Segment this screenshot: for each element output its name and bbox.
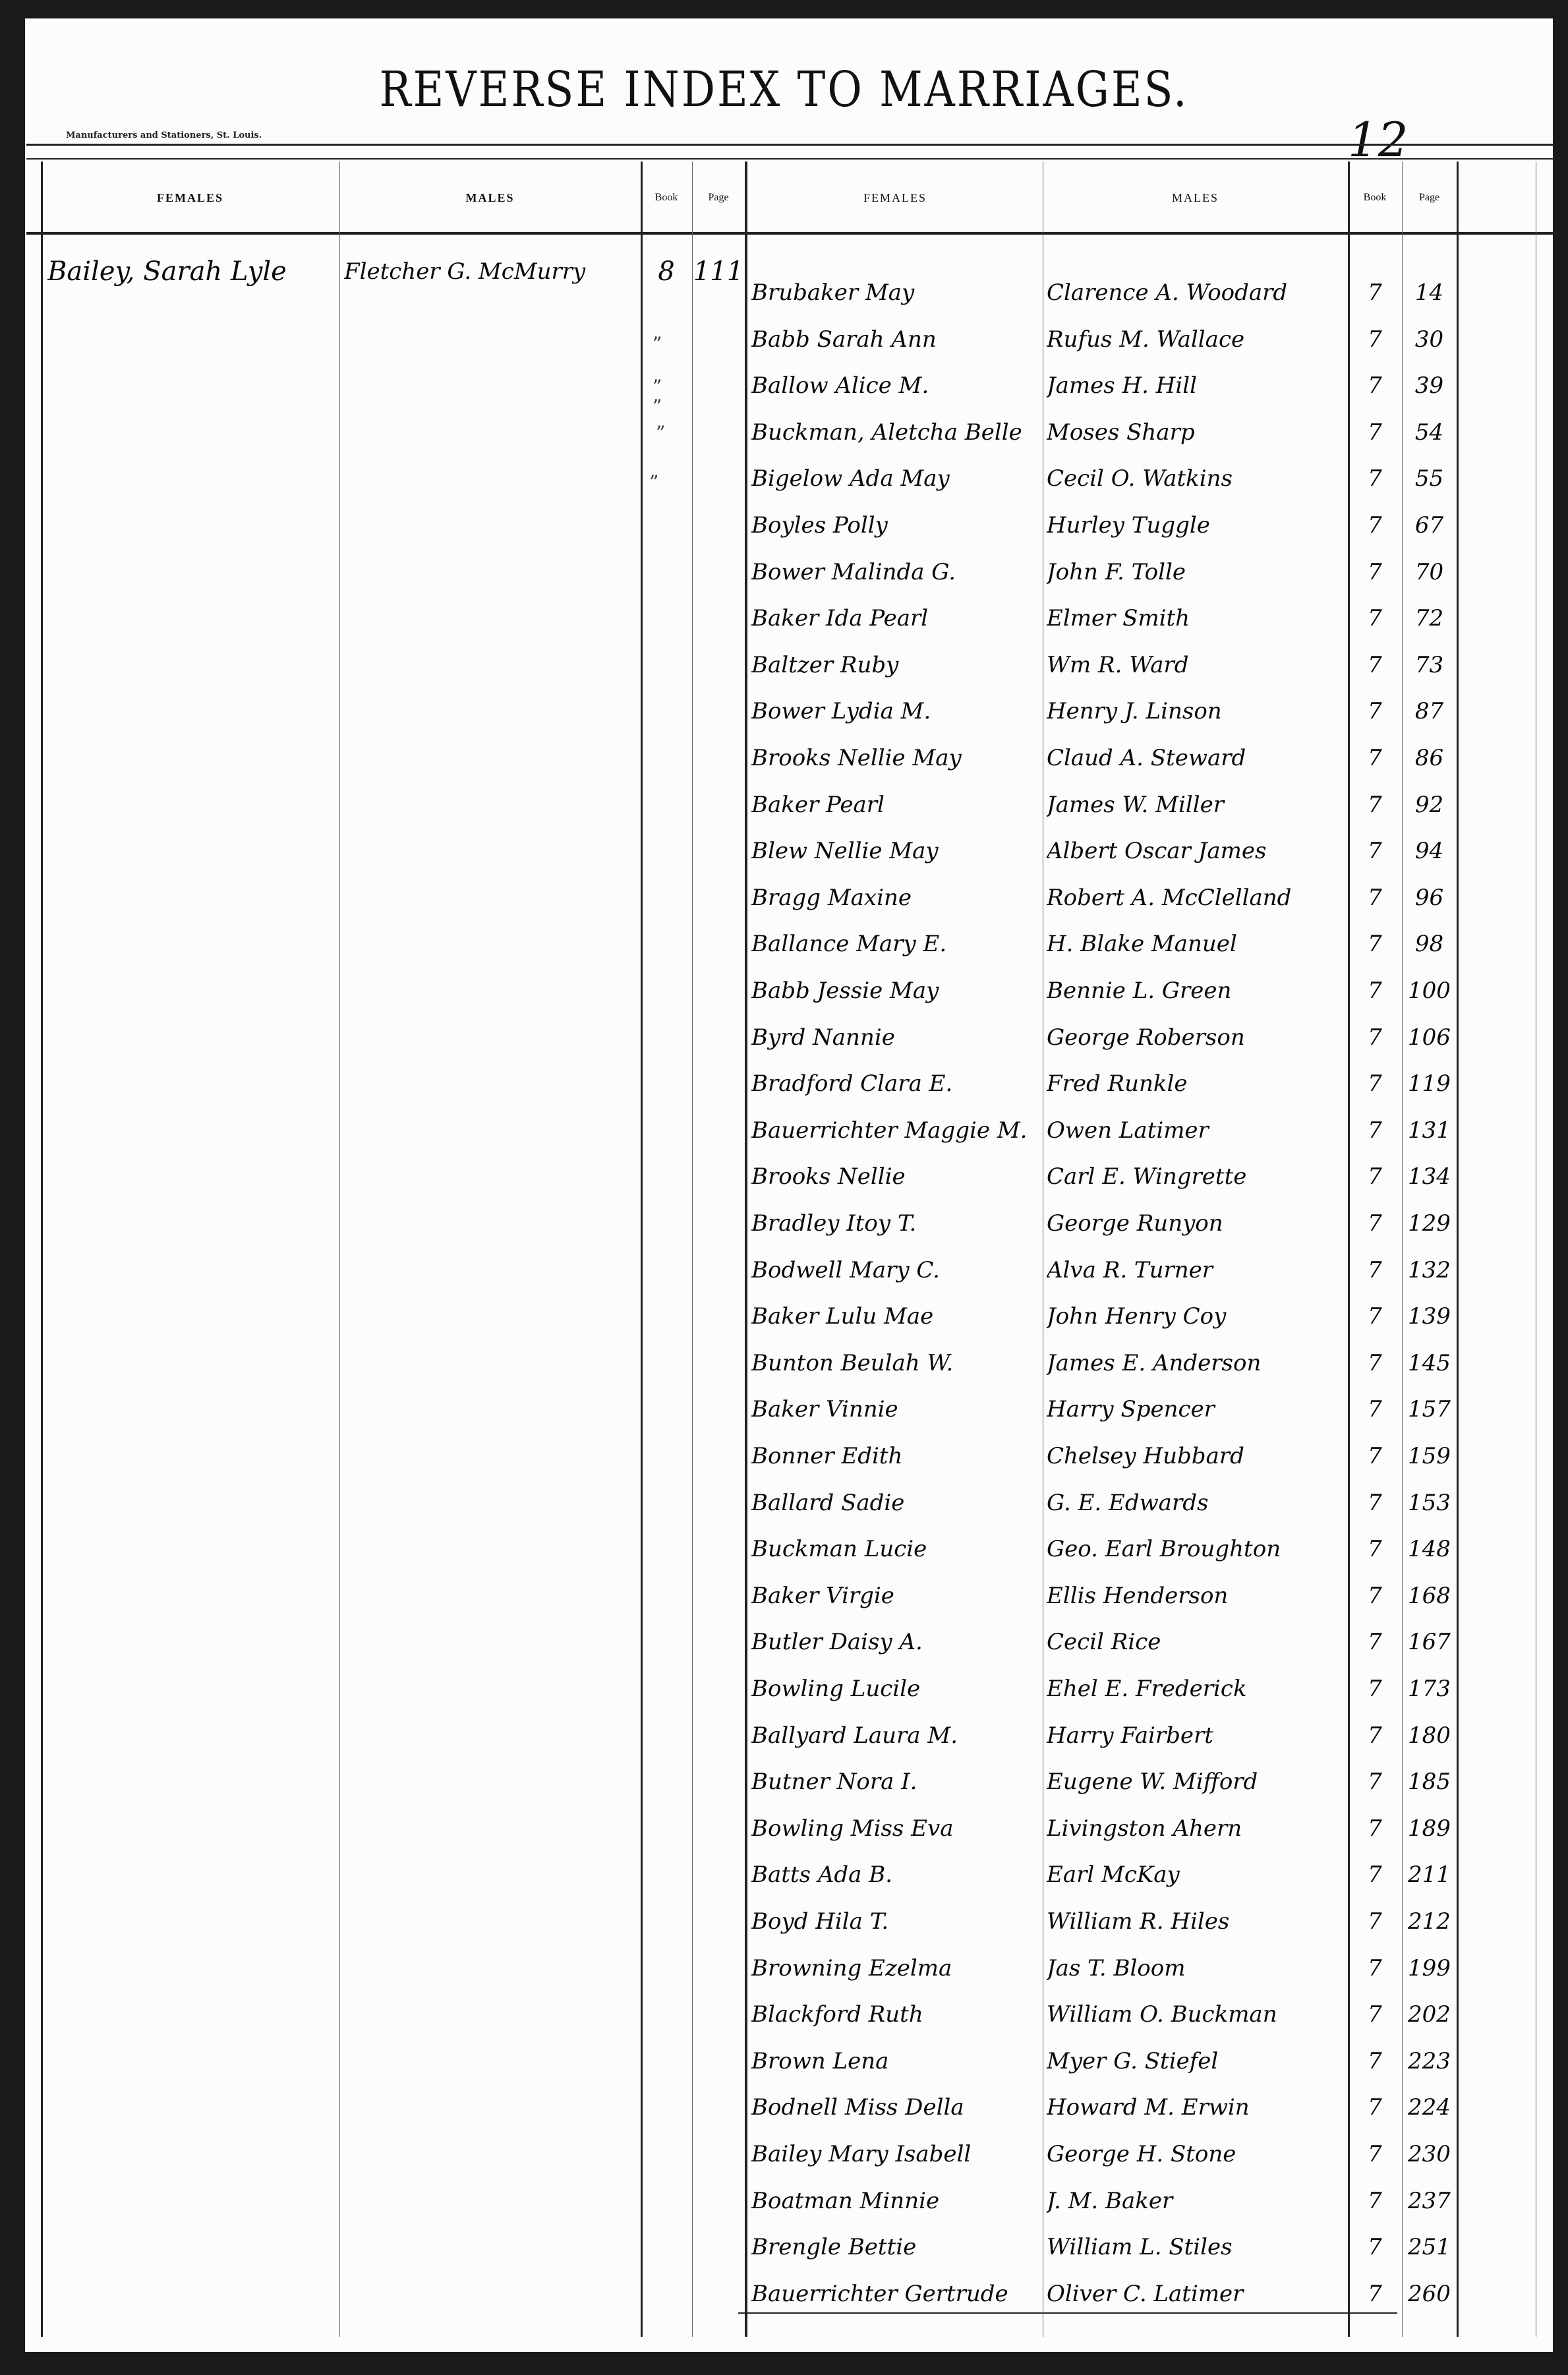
female-name: Bauerrichter Maggie M. — [751, 1109, 1041, 1152]
book-number: 7 — [1348, 318, 1402, 361]
male-name: George H. Stone — [1047, 2133, 1347, 2175]
book-number: 7 — [1348, 551, 1402, 593]
male-name: Cecil Rice — [1047, 1621, 1347, 1663]
book-number: 7 — [1348, 411, 1402, 454]
female-name: Bowling Lucile — [751, 1668, 1041, 1710]
book-number: 7 — [1348, 644, 1402, 686]
female-name: Bodnell Miss Della — [751, 2086, 1041, 2128]
male-name: J. M. Baker — [1047, 2180, 1347, 2222]
book-number: 7 — [1348, 1249, 1402, 1291]
female-name: Bigelow Ada May — [751, 457, 1041, 500]
male-name: William O. Buckman — [1047, 1993, 1347, 2036]
female-name: Baker Virgie — [751, 1575, 1041, 1617]
female-name: Bower Malinda G. — [751, 551, 1041, 593]
book-number: 7 — [1348, 830, 1402, 872]
book-number: 7 — [1348, 737, 1402, 779]
page-number: 87 — [1402, 690, 1457, 732]
female-name: Brown Lena — [751, 2040, 1041, 2082]
male-name: John Henry Coy — [1047, 1295, 1347, 1337]
page-number: 70 — [1402, 551, 1457, 593]
male-name: Moses Sharp — [1047, 411, 1347, 454]
page-number: 230 — [1402, 2133, 1457, 2175]
male-name: Howard M. Erwin — [1047, 2086, 1347, 2128]
female-name: Boyd Hila T. — [751, 1900, 1041, 1943]
page-number: 131 — [1402, 1109, 1457, 1152]
female-name: Babb Sarah Ann — [751, 318, 1041, 361]
col-divider-left-book-page — [692, 161, 693, 2337]
book-number: 7 — [1348, 457, 1402, 500]
header-right-book: Book — [1348, 165, 1402, 231]
book-number: 7 — [1348, 2133, 1402, 2175]
page-number: 119 — [1402, 1063, 1457, 1105]
male-name: Elmer Smith — [1047, 597, 1347, 639]
book-number: 7 — [1348, 1295, 1402, 1337]
book-number: 7 — [1348, 2226, 1402, 2268]
male-name: Owen Latimer — [1047, 1109, 1347, 1152]
page-number: 211 — [1402, 1854, 1457, 1896]
ditto-mark: ” — [653, 396, 662, 417]
header-bottom-rule — [26, 232, 1555, 235]
male-name: Albert Oscar James — [1047, 830, 1347, 872]
page-number: 100 — [1402, 970, 1457, 1012]
female-name: Bowling Miss Eva — [751, 1807, 1041, 1850]
top-rule-2 — [26, 158, 1555, 160]
male-name: James E. Anderson — [1047, 1342, 1347, 1384]
page-number: 199 — [1402, 1947, 1457, 1989]
male-name: Livingston Ahern — [1047, 1807, 1347, 1850]
male-name: Clarence A. Woodard — [1047, 272, 1347, 314]
header-left-females: FEMALES — [41, 165, 339, 231]
book-number: 7 — [1348, 1342, 1402, 1384]
page-number: 260 — [1402, 2273, 1457, 2315]
page-number: 96 — [1402, 877, 1457, 919]
female-name: Ballance Mary E. — [751, 923, 1041, 965]
page-number: 30 — [1402, 318, 1457, 361]
female-name: Bunton Beulah W. — [751, 1342, 1041, 1384]
col-divider-margin — [1536, 161, 1536, 2337]
male-name: G. E. Edwards — [1047, 1482, 1347, 1524]
book-number: 7 — [1348, 1388, 1402, 1430]
book-number: 7 — [1348, 1621, 1402, 1663]
printer-line: Manufacturers and Stationers, St. Louis. — [66, 131, 262, 140]
top-rule — [26, 144, 1555, 146]
page-number: 129 — [1402, 1202, 1457, 1245]
female-name: Boyles Polly — [751, 504, 1041, 546]
page-number: 55 — [1402, 457, 1457, 500]
female-name: Blackford Ruth — [751, 1993, 1041, 2036]
book-number: 7 — [1348, 970, 1402, 1012]
female-name: Bonner Edith — [751, 1435, 1041, 1477]
page-number: 14 — [1402, 272, 1457, 314]
female-name: Baker Vinnie — [751, 1388, 1041, 1430]
male-name: Jas T. Bloom — [1047, 1947, 1347, 1989]
book-number: 7 — [1348, 690, 1402, 732]
page-number: 39 — [1402, 365, 1457, 407]
page-number: 224 — [1402, 2086, 1457, 2128]
header-right-page: Page — [1402, 165, 1457, 231]
book-number: 7 — [1348, 1528, 1402, 1570]
header-right-males: MALES — [1043, 165, 1348, 231]
male-name: Cecil O. Watkins — [1047, 457, 1347, 500]
book-number: 7 — [1348, 2040, 1402, 2082]
female-name: Brubaker May — [751, 272, 1041, 314]
book-number: 7 — [1348, 1482, 1402, 1524]
book-number: 7 — [1348, 1668, 1402, 1710]
page-number: 173 — [1402, 1668, 1457, 1710]
page-number: 237 — [1402, 2180, 1457, 2222]
page-number: 73 — [1402, 644, 1457, 686]
page-number: 86 — [1402, 737, 1457, 779]
female-name: Bauerrichter Gertrude — [751, 2273, 1041, 2315]
page-number: 167 — [1402, 1621, 1457, 1663]
female-name: Bailey Mary Isabell — [751, 2133, 1041, 2175]
col-divider-left-page — [745, 161, 747, 2337]
page-number: 251 — [1402, 2226, 1457, 2268]
female-name: Baker Lulu Mae — [751, 1295, 1041, 1337]
female-name: Boatman Minnie — [751, 2180, 1041, 2222]
page-number: 139 — [1402, 1295, 1457, 1337]
female-name: Baker Pearl — [751, 784, 1041, 826]
page-number: 134 — [1402, 1156, 1457, 1198]
col-divider-right-page — [1457, 161, 1459, 2337]
book-number: 7 — [1348, 365, 1402, 407]
male-name: Harry Spencer — [1047, 1388, 1347, 1430]
male-name: Geo. Earl Broughton — [1047, 1528, 1347, 1570]
book-number: 7 — [1348, 1900, 1402, 1943]
male-name: Henry J. Linson — [1047, 690, 1347, 732]
header-left-book: Book — [641, 165, 692, 231]
header-left-males: MALES — [339, 165, 641, 231]
ditto-mark: ” — [653, 376, 662, 397]
book-number: 7 — [1348, 1575, 1402, 1617]
ditto-mark: ” — [653, 333, 662, 355]
page-number: 54 — [1402, 411, 1457, 454]
female-name: Bower Lydia M. — [751, 690, 1041, 732]
male-name: Ellis Henderson — [1047, 1575, 1347, 1617]
male-name: William L. Stiles — [1047, 2226, 1347, 2268]
book-number: 7 — [1348, 1807, 1402, 1850]
book-number: 7 — [1348, 597, 1402, 639]
female-name: Bradley Itoy T. — [751, 1202, 1041, 1245]
male-name: James W. Miller — [1047, 784, 1347, 826]
female-name: Brooks Nellie — [751, 1156, 1041, 1198]
page-number: 180 — [1402, 1715, 1457, 1757]
book-number: 7 — [1348, 504, 1402, 546]
page-number: 153 — [1402, 1482, 1457, 1524]
book-number: 7 — [1348, 1063, 1402, 1105]
page-number: 202 — [1402, 1993, 1457, 2036]
female-name: Butner Nora I. — [751, 1761, 1041, 1803]
col-divider-left-females-males — [339, 161, 340, 2337]
male-name: William R. Hiles — [1047, 1900, 1347, 1943]
left-male-name: Fletcher G. McMurry — [344, 250, 639, 293]
male-name: John F. Tolle — [1047, 551, 1347, 593]
ditto-mark: ” — [656, 422, 665, 444]
male-name: Earl McKay — [1047, 1854, 1347, 1896]
page-number: 72 — [1402, 597, 1457, 639]
col-divider-left-males-book — [641, 161, 643, 2337]
male-name: Ehel E. Frederick — [1047, 1668, 1347, 1710]
male-name: Wm R. Ward — [1047, 644, 1347, 686]
male-name: Hurley Tuggle — [1047, 504, 1347, 546]
book-number: 7 — [1348, 1156, 1402, 1198]
header-right-females: FEMALES — [747, 165, 1043, 231]
header-left-page: Page — [692, 165, 745, 231]
male-name: Chelsey Hubbard — [1047, 1435, 1347, 1477]
female-name: Buckman Lucie — [751, 1528, 1041, 1570]
male-name: Harry Fairbert — [1047, 1715, 1347, 1757]
book-number: 7 — [1348, 1202, 1402, 1245]
female-name: Browning Ezelma — [751, 1947, 1041, 1989]
page-title: REVERSE INDEX TO MARRIAGES. — [0, 62, 1568, 118]
male-name: Fred Runkle — [1047, 1063, 1347, 1105]
female-name: Brengle Bettie — [751, 2226, 1041, 2268]
col-divider-right-females-males — [1043, 161, 1043, 2337]
book-number: 7 — [1348, 272, 1402, 314]
book-number: 7 — [1348, 923, 1402, 965]
male-name: George Roberson — [1047, 1016, 1347, 1059]
female-name: Baker Ida Pearl — [751, 597, 1041, 639]
female-name: Buckman, Aletcha Belle — [751, 411, 1041, 454]
page-number: 132 — [1402, 1249, 1457, 1291]
book-number: 7 — [1348, 1109, 1402, 1152]
page-number: 223 — [1402, 2040, 1457, 2082]
page-number: 148 — [1402, 1528, 1457, 1570]
book-number: 7 — [1348, 1435, 1402, 1477]
ditto-mark: ” — [649, 471, 658, 493]
female-name: Babb Jessie May — [751, 970, 1041, 1012]
book-number: 7 — [1348, 1947, 1402, 1989]
left-female-name: Bailey, Sarah Lyle — [47, 250, 337, 293]
female-name: Ballow Alice M. — [751, 365, 1041, 407]
male-name: H. Blake Manuel — [1047, 923, 1347, 965]
page-number: 67 — [1402, 504, 1457, 546]
female-name: Ballyard Laura M. — [751, 1715, 1041, 1757]
male-name: Claud A. Steward — [1047, 737, 1347, 779]
female-name: Bradford Clara E. — [751, 1063, 1041, 1105]
male-name: Bennie L. Green — [1047, 970, 1347, 1012]
book-number: 7 — [1348, 1715, 1402, 1757]
book-number: 7 — [1348, 1993, 1402, 2036]
male-name: Myer G. Stiefel — [1047, 2040, 1347, 2082]
page-number: 168 — [1402, 1575, 1457, 1617]
page-number: 106 — [1402, 1016, 1457, 1059]
book-number: 7 — [1348, 877, 1402, 919]
female-name: Bodwell Mary C. — [751, 1249, 1041, 1291]
male-name: Eugene W. Mifford — [1047, 1761, 1347, 1803]
male-name: Oliver C. Latimer — [1047, 2273, 1347, 2315]
male-name: Alva R. Turner — [1047, 1249, 1347, 1291]
left-border — [41, 161, 43, 2337]
female-name: Bragg Maxine — [751, 877, 1041, 919]
page-number: 94 — [1402, 830, 1457, 872]
page-number: 92 — [1402, 784, 1457, 826]
page-number: 212 — [1402, 1900, 1457, 1943]
book-number: 7 — [1348, 1761, 1402, 1803]
book-number: 7 — [1348, 1016, 1402, 1059]
book-number: 7 — [1348, 2273, 1402, 2315]
page-number: 145 — [1402, 1342, 1457, 1384]
left-page: 111 — [692, 250, 745, 293]
female-name: Batts Ada B. — [751, 1854, 1041, 1896]
male-name: George Runyon — [1047, 1202, 1347, 1245]
female-name: Brooks Nellie May — [751, 737, 1041, 779]
left-book: 8 — [641, 250, 692, 293]
male-name: Rufus M. Wallace — [1047, 318, 1347, 361]
page-number: 157 — [1402, 1388, 1457, 1430]
page-number: 185 — [1402, 1761, 1457, 1803]
page-number: 189 — [1402, 1807, 1457, 1850]
book-number: 7 — [1348, 2086, 1402, 2128]
book-number: 7 — [1348, 784, 1402, 826]
female-name: Byrd Nannie — [751, 1016, 1041, 1059]
female-name: Butler Daisy A. — [751, 1621, 1041, 1663]
page-number: 98 — [1402, 923, 1457, 965]
page-number: 159 — [1402, 1435, 1457, 1477]
male-name: Robert A. McClelland — [1047, 877, 1347, 919]
book-number: 7 — [1348, 2180, 1402, 2222]
female-name: Blew Nellie May — [751, 830, 1041, 872]
male-name: Carl E. Wingrette — [1047, 1156, 1347, 1198]
book-number: 7 — [1348, 1854, 1402, 1896]
female-name: Ballard Sadie — [751, 1482, 1041, 1524]
male-name: James H. Hill — [1047, 365, 1347, 407]
female-name: Baltzer Ruby — [751, 644, 1041, 686]
